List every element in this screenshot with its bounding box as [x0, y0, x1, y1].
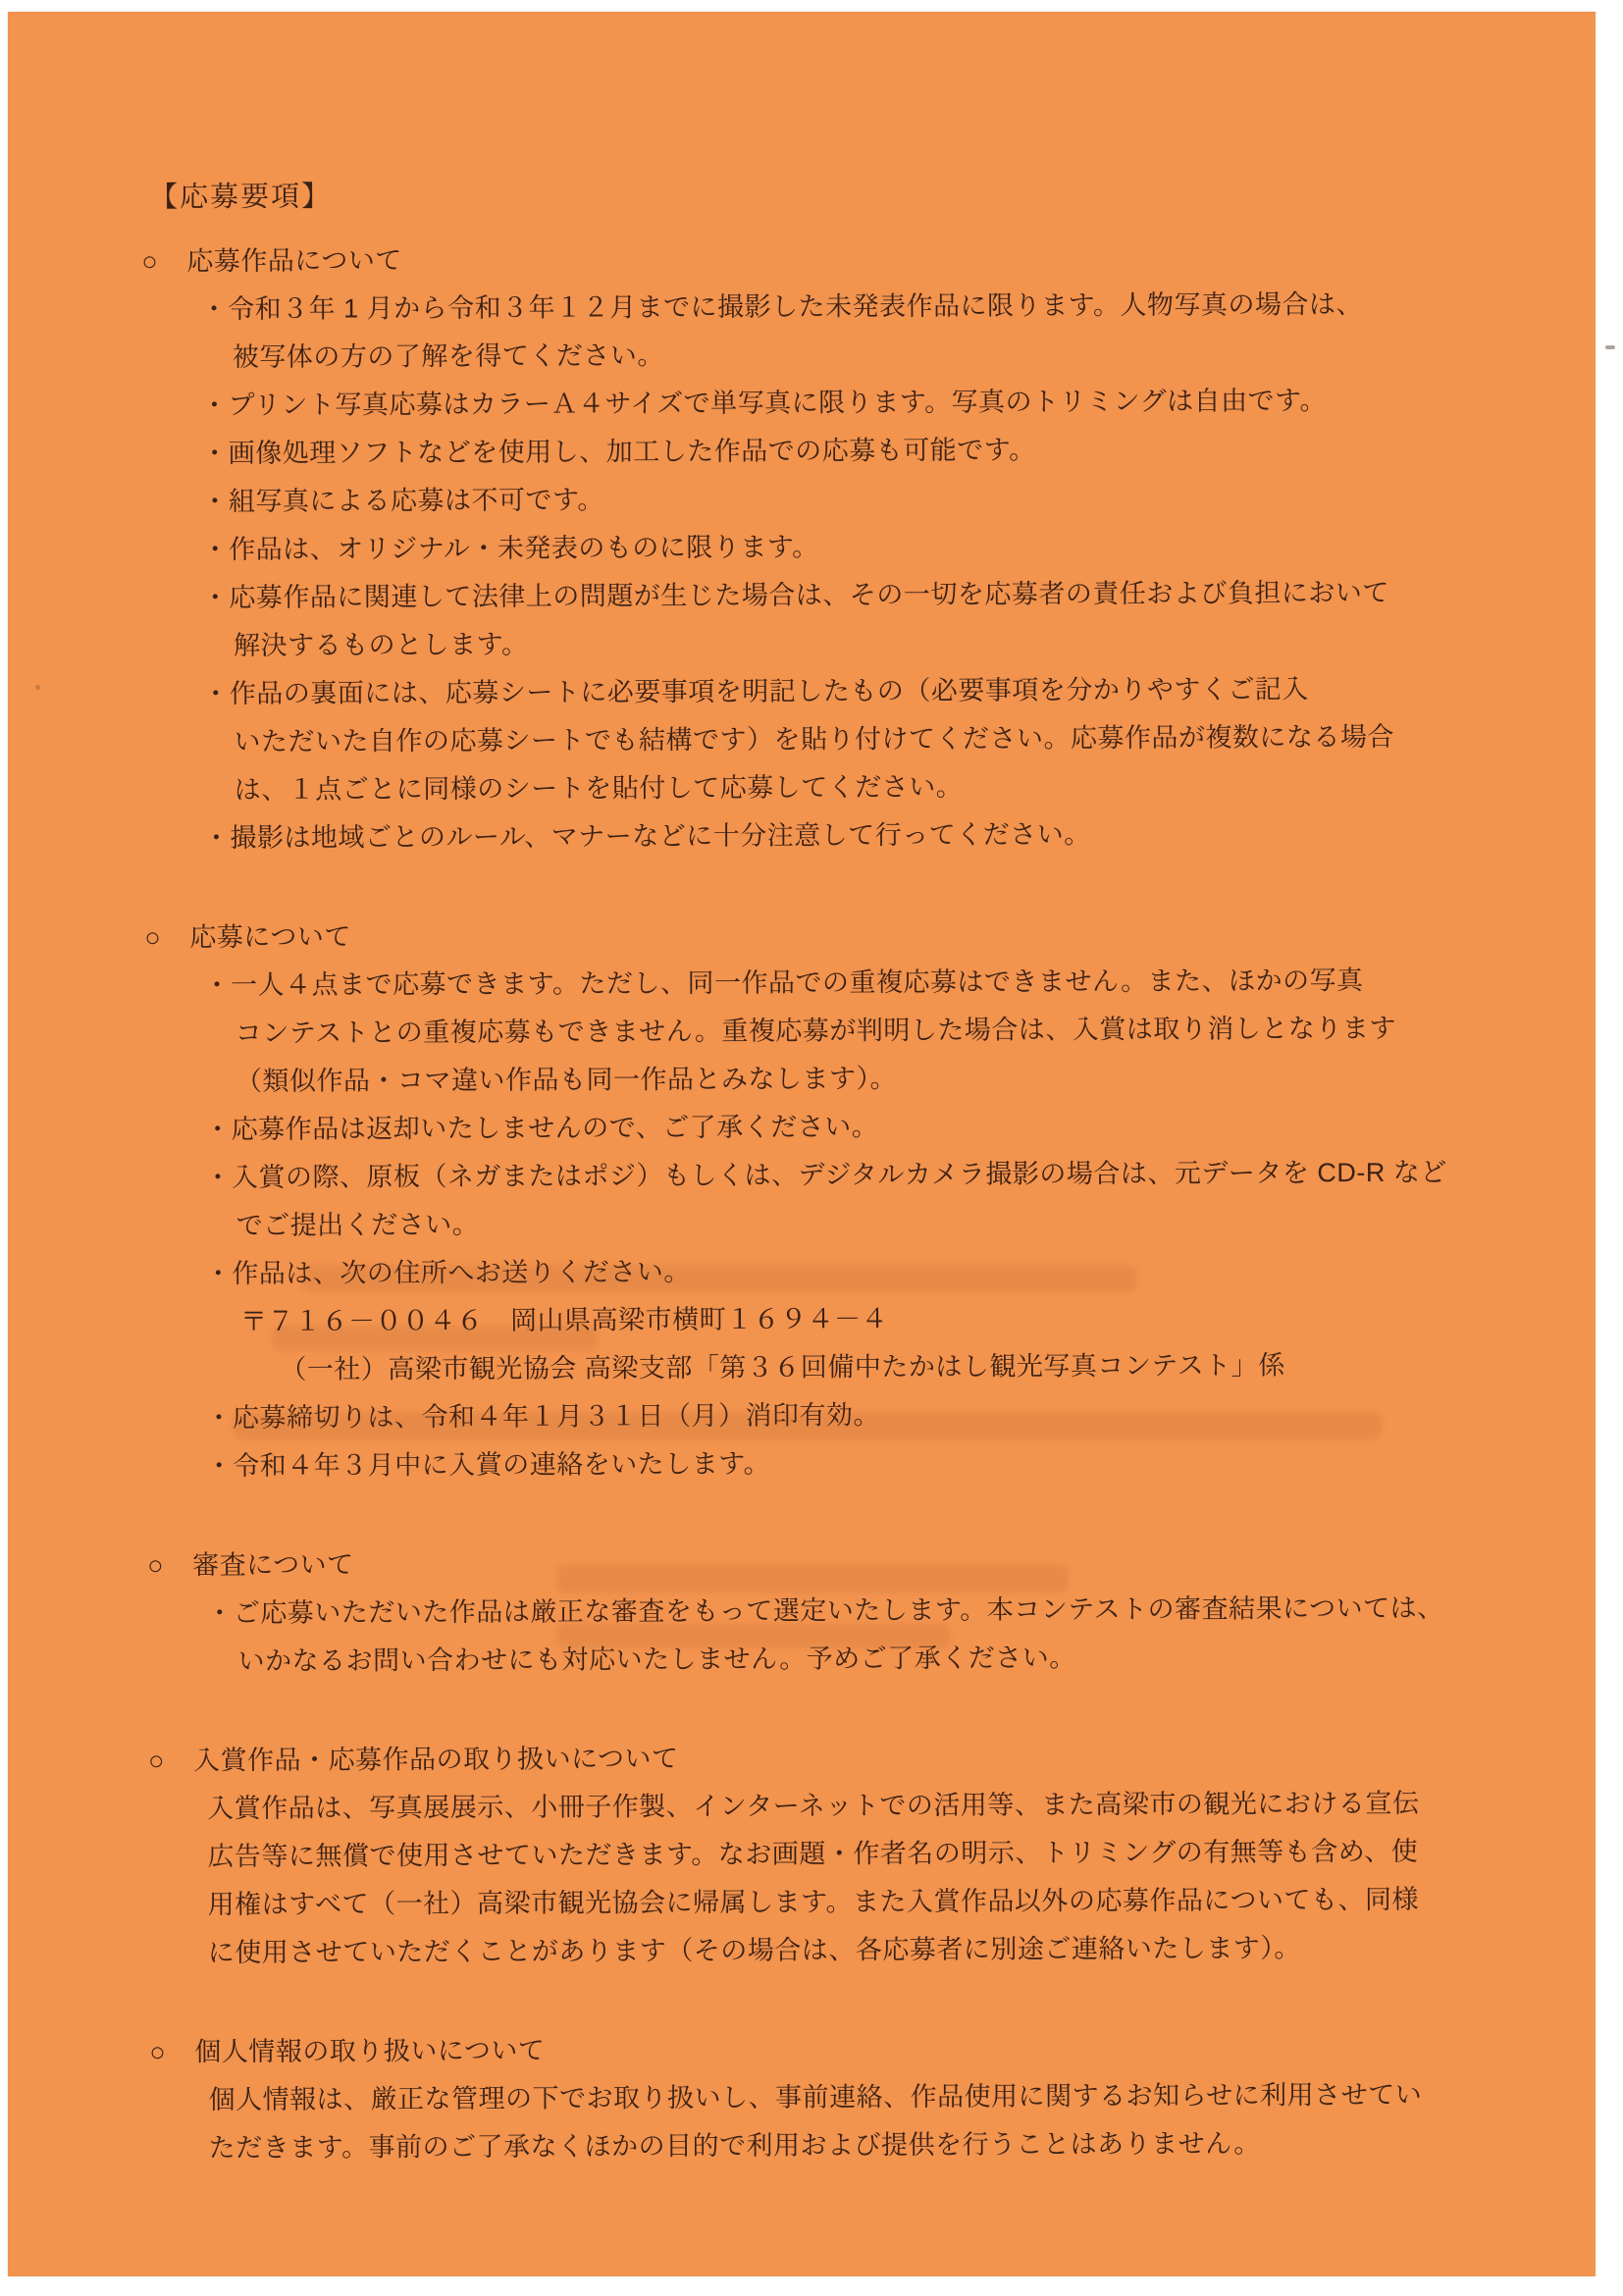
text-line: に使用させていただくことがあります（その場合は、各応募者に別途ご連絡いたします）…: [16, 1923, 1603, 1978]
text-line: ・組写真による応募は不可です。: [9, 472, 1597, 527]
section-title: 応募作品について: [186, 245, 402, 276]
text-line: ・令和３年 1 月から令和３年１２月までに撮影した未発表作品に限ります。人物写真…: [8, 280, 1596, 335]
section-marker: ○: [149, 2028, 194, 2076]
text-line: ・入賞の際、原板（ネガまたはポジ）もしくは、デジタルカメラ撮影の場合は、元データ…: [12, 1148, 1599, 1203]
page-title: 【応募要項】: [8, 171, 1596, 238]
text-line: ・令和４年３月中に入賞の連絡をいたします。: [14, 1436, 1601, 1491]
section-heading-row: ○入賞作品・応募作品の取り扱いについて: [15, 1731, 1602, 1786]
document-content: 【応募要項】 ○応募作品について・令和３年 1 月から令和３年１２月までに撮影し…: [8, 171, 1604, 2173]
text-line: 個人情報は、厳正な管理の下でお取り扱いし、事前連絡、作品使用に関するお知らせに利…: [16, 2070, 1603, 2125]
text-line: ただきます。事前のご了承なくほかの目的で利用および提供を行うことはありません。: [17, 2118, 1604, 2173]
section: ○入賞作品・応募作品の取り扱いについて入賞作品は、写真展展示、小冊子作製、インタ…: [15, 1731, 1603, 1978]
section: ○応募作品について・令和３年 1 月から令和３年１２月までに撮影した未発表作品に…: [8, 232, 1598, 863]
scan-speck: [1605, 345, 1615, 349]
section-heading-row: ○個人情報の取り扱いについて: [16, 2022, 1603, 2077]
sections-container: ○応募作品について・令和３年 1 月から令和３年１２月までに撮影した未発表作品に…: [8, 232, 1604, 2173]
section-heading-row: ○審査について: [14, 1536, 1601, 1591]
section-title: 個人情報の取り扱いについて: [194, 2036, 545, 2067]
text-line: ・撮影は地域ごとのルール、マナーなどに十分注意して行ってください。: [11, 809, 1598, 863]
text-line: ・応募作品は返却いたしませんので、ご了承ください。: [12, 1100, 1599, 1155]
text-line: 広告等に無償で使用させていただきます。なお画題・作者名の明示、トリミングの有無等…: [15, 1827, 1602, 1882]
text-line: いただいた自作の応募シートでも結構です）を貼り付けてください。応募作品が複数にな…: [10, 712, 1597, 767]
text-line: ・作品は、オリジナル・未発表のものに限ります。: [10, 520, 1597, 575]
text-line: ・作品の裏面には、応募シートに必要事項を明記したもの（必要事項を分かりやすくご記…: [10, 664, 1597, 719]
section-marker: ○: [148, 1737, 193, 1785]
section-marker: ○: [147, 1541, 192, 1590]
paper-sheet: 【応募要項】 ○応募作品について・令和３年 1 月から令和３年１２月までに撮影し…: [8, 12, 1596, 2276]
section: ○応募について・一人４点まで応募できます。ただし、同一作品での重複応募はできませ…: [11, 908, 1601, 1491]
section: ○個人情報の取り扱いについて個人情報は、厳正な管理の下でお取り扱いし、事前連絡、…: [16, 2022, 1604, 2173]
scanned-page: 【応募要項】 ○応募作品について・令和３年 1 月から令和３年１２月までに撮影し…: [0, 0, 1623, 2296]
text-line: 入賞作品は、写真展展示、小冊子作製、インターネットでの活用等、また高梁市の観光に…: [15, 1779, 1602, 1834]
text-line: 用権はすべて（一社）高梁市観光協会に帰属します。また入賞作品以外の応募作品につい…: [16, 1875, 1603, 1930]
text-line: 被写体の方の了解を得てください。: [9, 328, 1597, 383]
scan-speck: [35, 685, 40, 690]
section-heading-row: ○応募作品について: [8, 232, 1596, 287]
text-line: （類似作品・コマ違い作品も同一作品とみなします）。: [12, 1052, 1599, 1107]
text-line: 解決するものとします。: [10, 616, 1597, 671]
text-line: ・一人４点まで応募できます。ただし、同一作品での重複応募はできません。また、ほか…: [11, 956, 1598, 1011]
text-line: ・ご応募いただいた作品は厳正な審査をもって選定いたします。本コンテストの審査結果…: [14, 1584, 1601, 1639]
text-line: （一社）高梁市観光協会 高梁支部「第３６回備中たかはし観光写真コンテスト」係: [13, 1340, 1600, 1395]
text-line: でご提出ください。: [13, 1196, 1600, 1251]
section-title: 入賞作品・応募作品の取り扱いについて: [193, 1744, 679, 1775]
section-title: 審査について: [192, 1549, 354, 1580]
section-marker: ○: [141, 237, 186, 286]
text-line: ・プリント写真応募はカラーＡ４サイズで単写真に限ります。写真のトリミングは自由で…: [9, 376, 1597, 431]
section-title: 応募について: [189, 921, 351, 952]
text-line: 〒７１６－００４６ 岡山県高梁市横町１６９４－４: [13, 1292, 1600, 1347]
text-line: ・画像処理ソフトなどを使用し、加工した作品での応募も可能です。: [9, 424, 1597, 479]
section-heading-row: ○応募について: [11, 908, 1598, 963]
text-line: いかなるお問い合わせにも対応いたしません。予めご了承ください。: [14, 1632, 1601, 1687]
section-marker: ○: [144, 913, 189, 962]
text-line: ・応募作品に関連して法律上の問題が生じた場合は、その一切を応募者の責任および負担…: [10, 568, 1597, 623]
text-line: コンテストとの重複応募もできません。重複応募が判明した場合は、入賞は取り消しとな…: [12, 1004, 1599, 1059]
text-line: は、１点ごとに同様のシートを貼付して応募してください。: [11, 760, 1598, 815]
text-line: ・作品は、次の住所へお送りください。: [13, 1244, 1600, 1299]
text-line: ・応募締切りは、令和４年１月３１日（月）消印有効。: [13, 1388, 1600, 1443]
section: ○審査について・ご応募いただいた作品は厳正な審査をもって選定いたします。本コンテ…: [14, 1536, 1602, 1687]
